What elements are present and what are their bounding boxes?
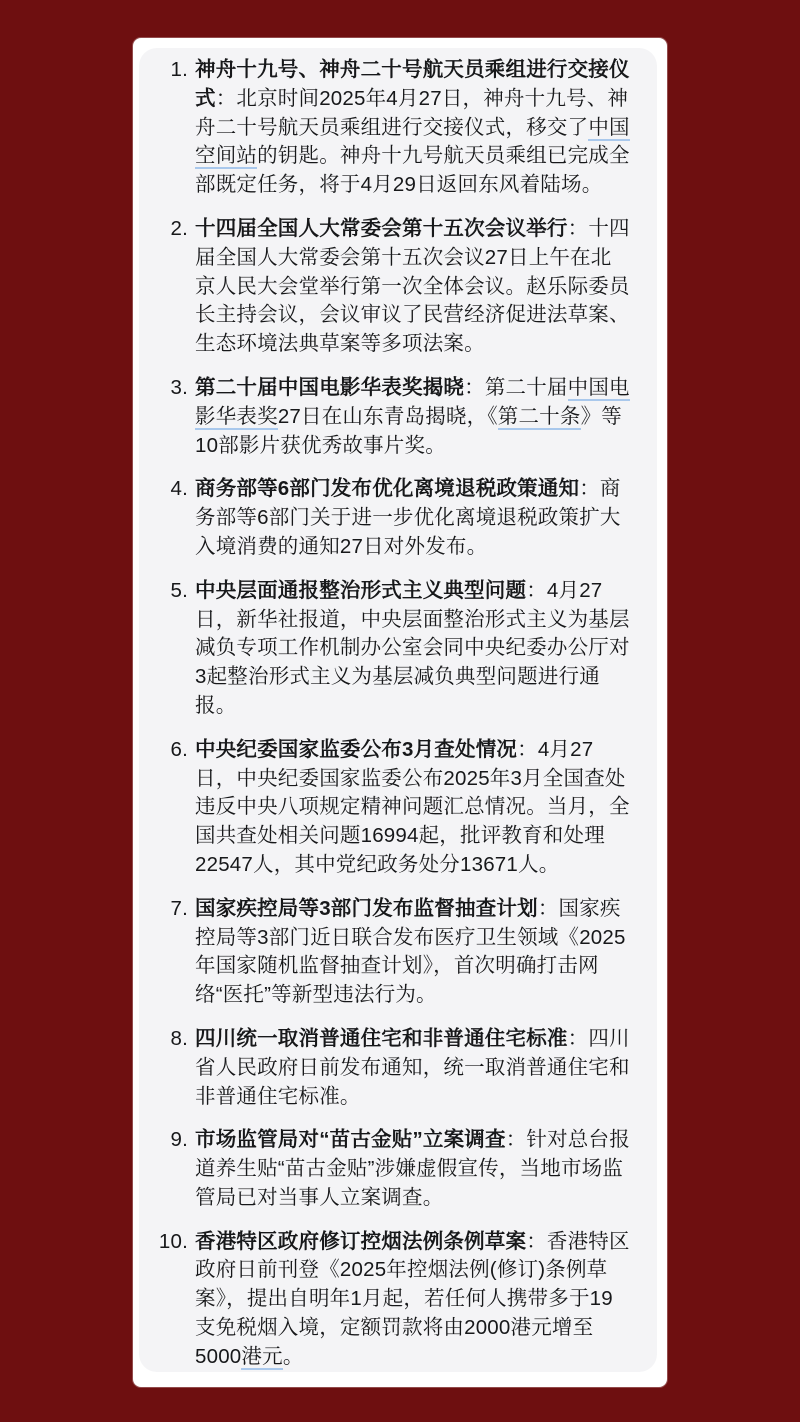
news-item-title: 十四届全国人大常委会第十五次会议举行 — [195, 217, 568, 240]
list-item-number: 6. — [139, 736, 195, 880]
inline-link[interactable]: 第二十条 — [498, 405, 581, 430]
list-item-number: 4. — [139, 475, 195, 561]
title-separator: ： — [506, 1128, 527, 1151]
body-text: 第二十届 — [485, 376, 568, 399]
news-item-content: 四川统一取消普通住宅和非普通住宅标准：四川省人民政府日前发布通知，统一取消普通住… — [195, 1025, 631, 1111]
news-item: 1.神舟十九号、神舟二十号航天员乘组进行交接仪式：北京时间2025年4月27日，… — [139, 56, 631, 200]
list-item-number: 9. — [139, 1126, 195, 1212]
title-separator: ： — [517, 738, 538, 761]
title-separator: ： — [464, 376, 485, 399]
title-separator: ： — [526, 1230, 547, 1253]
title-separator: ： — [538, 897, 559, 920]
news-item-title: 第二十届中国电影华表奖揭晓 — [195, 376, 464, 399]
list-item-number: 8. — [139, 1025, 195, 1111]
news-item: 6.中央纪委国家监委公布3月查处情况：4月27日，中央纪委国家监委公布2025年… — [139, 736, 631, 880]
list-item-number: 3. — [139, 374, 195, 460]
news-item-content: 商务部等6部门发布优化离境退税政策通知：商务部等6部门关于进一步优化离境退税政策… — [195, 475, 631, 561]
news-item: 7.国家疾控局等3部门发布监督抽查计划：国家疾控局等3部门近日联合发布医疗卫生领… — [139, 895, 631, 1010]
list-item-number: 1. — [139, 56, 195, 200]
news-item-content: 第二十届中国电影华表奖揭晓：第二十届中国电影华表奖27日在山东青岛揭晓，《第二十… — [195, 374, 631, 460]
news-item-content: 国家疾控局等3部门发布监督抽查计划：国家疾控局等3部门近日联合发布医疗卫生领域《… — [195, 895, 631, 1010]
list-item-number: 2. — [139, 215, 195, 359]
inline-link[interactable]: 港元 — [241, 1345, 282, 1370]
title-separator: ： — [526, 579, 547, 602]
list-item-number: 10. — [139, 1228, 195, 1372]
news-item: 4.商务部等6部门发布优化离境退税政策通知：商务部等6部门关于进一步优化离境退税… — [139, 475, 631, 561]
title-separator: ： — [568, 1027, 589, 1050]
title-separator: ： — [568, 217, 589, 240]
news-item-content: 十四届全国人大常委会第十五次会议举行：十四届全国人大常委会第十五次会议27日上午… — [195, 215, 631, 359]
news-item-title: 中央层面通报整治形式主义典型问题 — [195, 579, 526, 602]
title-separator: ： — [579, 477, 600, 500]
news-panel: 1.神舟十九号、神舟二十号航天员乘组进行交接仪式：北京时间2025年4月27日，… — [139, 48, 657, 1372]
news-item-title: 市场监管局对“苗古金贴”立案调查 — [195, 1128, 506, 1151]
news-item: 8.四川统一取消普通住宅和非普通住宅标准：四川省人民政府日前发布通知，统一取消普… — [139, 1025, 631, 1111]
news-item: 2.十四届全国人大常委会第十五次会议举行：十四届全国人大常委会第十五次会议27日… — [139, 215, 631, 359]
news-item: 10.香港特区政府修订控烟法例条例草案：香港特区政府日前刊登《2025年控烟法例… — [139, 1228, 631, 1372]
news-item-content: 市场监管局对“苗古金贴”立案调查：针对总台报道养生贴“苗古金贴”涉嫌虚假宣传，当… — [195, 1126, 631, 1212]
news-item: 5.中央层面通报整治形式主义典型问题：4月27日，新华社报道，中央层面整治形式主… — [139, 577, 631, 721]
news-item-title: 商务部等6部门发布优化离境退税政策通知 — [195, 477, 579, 500]
news-item-content: 中央层面通报整治形式主义典型问题：4月27日，新华社报道，中央层面整治形式主义为… — [195, 577, 631, 721]
news-list: 1.神舟十九号、神舟二十号航天员乘组进行交接仪式：北京时间2025年4月27日，… — [139, 48, 657, 1372]
news-item: 9.市场监管局对“苗古金贴”立案调查：针对总台报道养生贴“苗古金贴”涉嫌虚假宣传… — [139, 1126, 631, 1212]
body-text: 。 — [283, 1345, 304, 1368]
news-item-title: 四川统一取消普通住宅和非普通住宅标准 — [195, 1027, 568, 1050]
body-text: 北京时间2025年4月27日，神舟十九号、神舟二十号航天员乘组进行交接仪式，移交… — [195, 87, 628, 139]
body-text: 27日在山东青岛揭晓，《 — [278, 405, 498, 428]
news-item-content: 神舟十九号、神舟二十号航天员乘组进行交接仪式：北京时间2025年4月27日，神舟… — [195, 56, 631, 200]
news-item-title: 香港特区政府修订控烟法例条例草案 — [195, 1230, 526, 1253]
news-item-title: 中央纪委国家监委公布3月查处情况 — [195, 738, 517, 761]
news-card: 1.神舟十九号、神舟二十号航天员乘组进行交接仪式：北京时间2025年4月27日，… — [133, 38, 667, 1387]
body-text: 的钥匙。神舟十九号航天员乘组已完成全部既定任务，将于4月29日返回东风着陆场。 — [195, 144, 630, 196]
news-item-title: 国家疾控局等3部门发布监督抽查计划 — [195, 897, 538, 920]
list-item-number: 5. — [139, 577, 195, 721]
list-item-number: 7. — [139, 895, 195, 1010]
news-item: 3.第二十届中国电影华表奖揭晓：第二十届中国电影华表奖27日在山东青岛揭晓，《第… — [139, 374, 631, 460]
news-item-content: 香港特区政府修订控烟法例条例草案：香港特区政府日前刊登《2025年控烟法例(修订… — [195, 1228, 631, 1372]
title-separator: ： — [216, 87, 237, 110]
news-item-content: 中央纪委国家监委公布3月查处情况：4月27日，中央纪委国家监委公布2025年3月… — [195, 736, 631, 880]
